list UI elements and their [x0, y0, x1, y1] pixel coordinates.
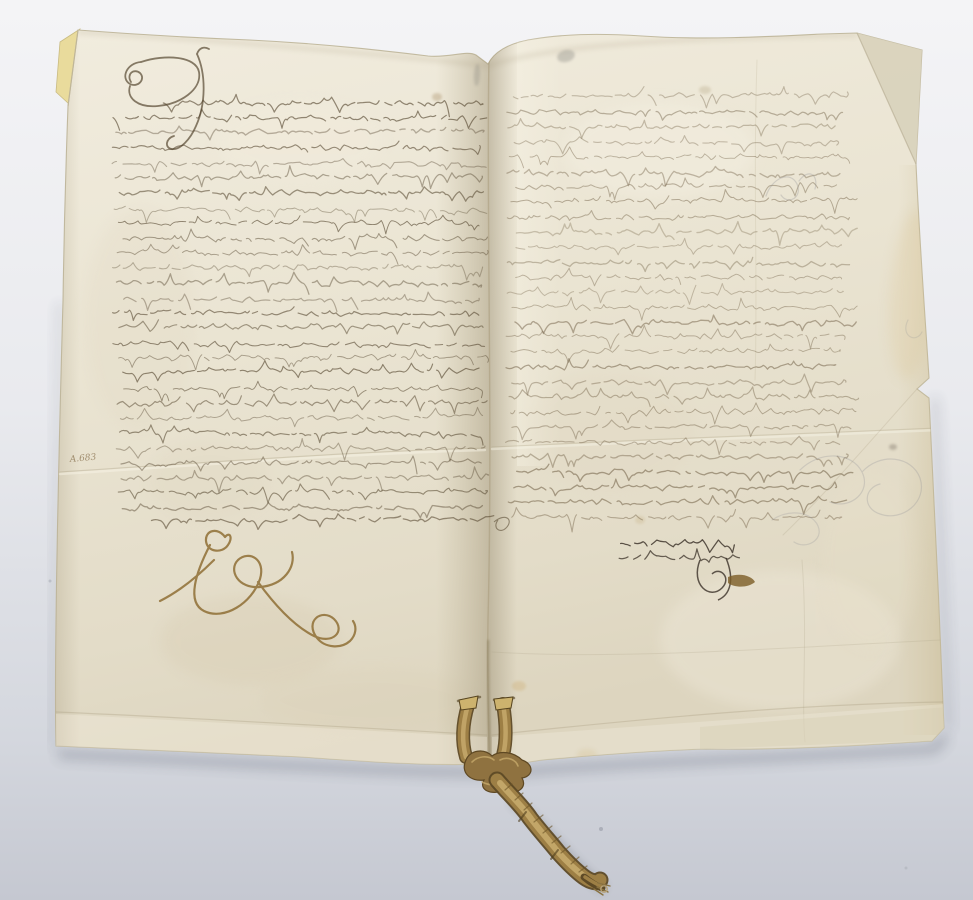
- stain: [432, 93, 442, 101]
- background-speck: [905, 867, 908, 870]
- center-fold-shadow-right: [490, 30, 517, 770]
- stain: [889, 444, 897, 450]
- background-speck: [599, 827, 603, 831]
- stain: [512, 681, 526, 691]
- stain: [699, 86, 711, 94]
- center-fold-shadow-left: [436, 30, 490, 770]
- background-speck: [49, 580, 52, 583]
- center-fold-highlight: [517, 36, 561, 466]
- parchment-mottle: [565, 102, 755, 198]
- parchment-sheet: A.683: [52, 28, 948, 770]
- stain: [635, 516, 645, 524]
- manuscript-photo: A.683: [0, 0, 973, 900]
- parchment-mottle: [85, 210, 195, 430]
- photo-scene: A.683: [0, 0, 973, 900]
- parchment-mottle: [215, 100, 385, 180]
- parchment-mottle: [160, 595, 340, 685]
